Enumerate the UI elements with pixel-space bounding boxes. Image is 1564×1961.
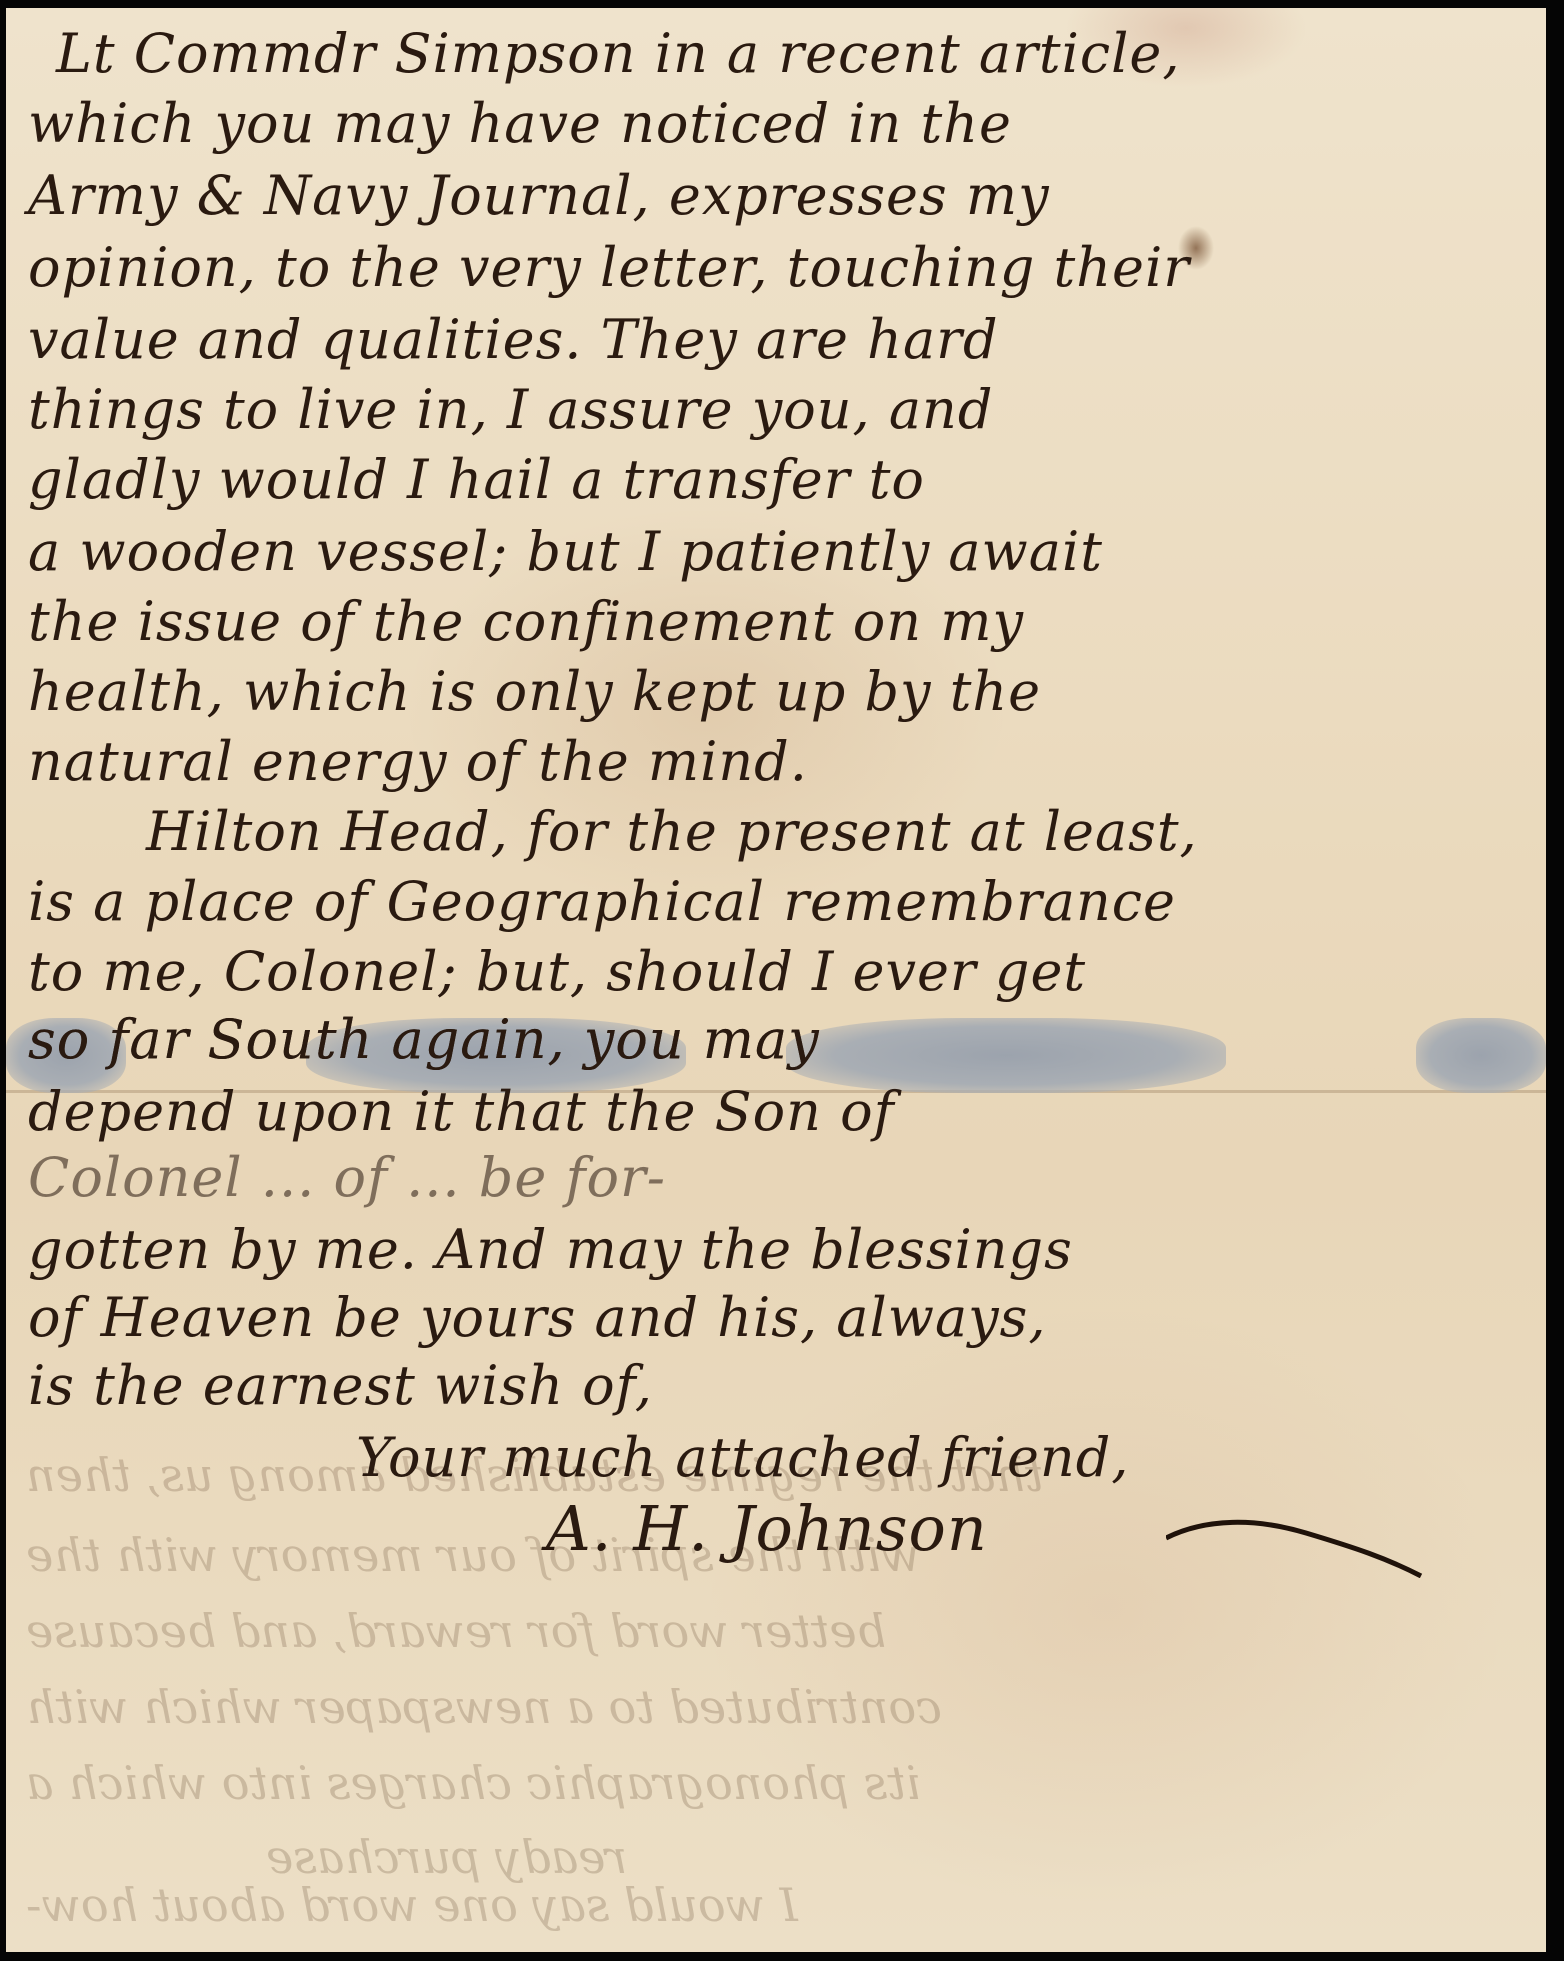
- body-line: of Heaven be yours and his, always,: [28, 1286, 1047, 1349]
- body-line: which you may have noticed in the: [28, 92, 1012, 155]
- signature-flourish-icon: [1166, 1508, 1426, 1578]
- body-line: opinion, to the very letter, touching th…: [28, 236, 1190, 299]
- body-line: is a place of Geographical remembrance: [28, 870, 1176, 933]
- body-line: Lt Commdr Simpson in a recent article,: [56, 22, 1181, 85]
- closing: Your much attached friend,: [356, 1426, 1129, 1489]
- body-line: gotten by me. And may the blessings: [28, 1218, 1073, 1281]
- body-line: to me, Colonel; but, should I ever get: [28, 940, 1086, 1003]
- body-line: the issue of the confinement on my: [28, 590, 1024, 653]
- signature: A. H. Johnson: [546, 1492, 988, 1565]
- body-line: Hilton Head, for the present at least,: [146, 800, 1198, 863]
- body-line: depend upon it that the Son of: [28, 1080, 895, 1143]
- body-line: health, which is only kept up by the: [28, 660, 1041, 723]
- body-line-damaged: Colonel ... of ... be for-: [28, 1146, 666, 1209]
- letter-page: that the regime established among us, th…: [6, 8, 1546, 1952]
- body-line: Army & Navy Journal, expresses my: [28, 164, 1050, 227]
- body-line: value and qualities. They are hard: [28, 308, 999, 371]
- body-line: things to live in, I assure you, and: [28, 378, 993, 441]
- body-line: natural energy of the mind.: [28, 730, 808, 793]
- body-line: gladly would I hail a transfer to: [28, 448, 925, 511]
- body-line: is the earnest wish of,: [28, 1354, 653, 1417]
- body-line: a wooden vessel; but I patiently await: [28, 520, 1103, 583]
- tear-damage: [1416, 1018, 1546, 1093]
- body-line: so far South again, you may: [28, 1008, 820, 1071]
